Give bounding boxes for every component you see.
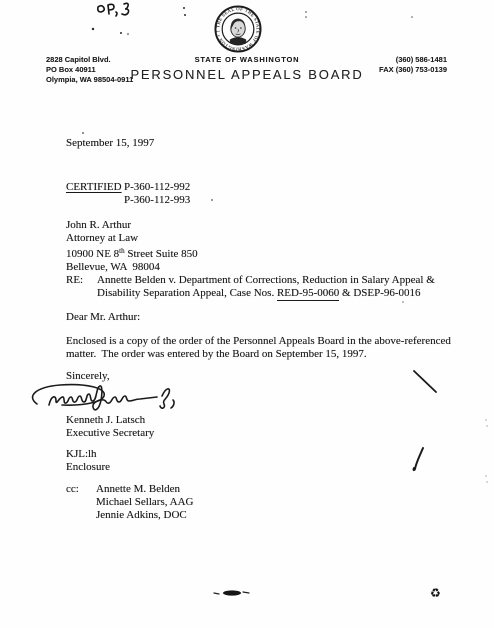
re-label: RE:: [66, 274, 97, 300]
cc-recipient: Jennie Adkins, DOC: [96, 509, 193, 522]
pen-mark-slash: [414, 448, 423, 470]
re-line2: Disability Separation Appeal, Case Nos. …: [97, 287, 435, 300]
cc-label: cc:: [66, 483, 96, 522]
closing: Sincerely,: [66, 370, 110, 383]
cc-recipient: Michael Sellars, AAG: [96, 496, 193, 509]
signer-block: Kenneth J. Latsch Executive Secretary: [66, 414, 154, 440]
washington-portrait: [230, 18, 246, 45]
cc-recipient: Annette M. Belden: [96, 483, 193, 496]
signer-title: Executive Secretary: [66, 427, 154, 440]
bottom-smudge: [214, 590, 249, 595]
certified-number: P-360-112-993: [124, 194, 190, 207]
recycle-icon: ♻: [430, 586, 441, 600]
re-block: RE: Annette Belden v. Department of Corr…: [66, 274, 435, 300]
body-paragraph: Enclosed is a copy of the order of the P…: [66, 335, 451, 361]
case-number-underlined: RED-95-0060: [277, 287, 339, 301]
certified-block: CERTIFIED P-360-112-992 P-360-112-993: [66, 181, 190, 207]
scanned-letter-page: 2828 Capitol Blvd. PO Box 40911 Olympia,…: [0, 0, 494, 628]
recipient-name: John R. Arthur: [66, 219, 198, 232]
recipient-address-block: John R. Arthur Attorney at Law 10900 NE …: [66, 219, 198, 274]
recipient-title: Attorney at Law: [66, 232, 198, 245]
cc-block: cc: Annette M. Belden Michael Sellars, A…: [66, 483, 193, 522]
certified-label: CERTIFIED: [66, 181, 124, 194]
handwritten-signature: [33, 385, 174, 410]
reference-initials: KJL:lh: [66, 448, 110, 461]
letterhead-phone: (360) 586-1481: [379, 55, 447, 65]
reference-block: KJL:lh Enclosure: [66, 448, 110, 474]
recipient-city: Bellevue, WA 98004: [66, 261, 198, 274]
recipient-street: 10900 NE 8th Street Suite 850: [66, 245, 198, 261]
scan-scribbles: [98, 3, 129, 16]
agency-name: PERSONNEL APPEALS BOARD: [107, 67, 387, 82]
date-line: September 15, 1997: [66, 137, 154, 150]
pen-mark-diagonal: [414, 371, 436, 392]
letterhead-title-block: STATE OF WASHINGTON PERSONNEL APPEALS BO…: [107, 55, 387, 82]
salutation: Dear Mr. Arthur:: [66, 311, 140, 324]
state-label: STATE OF WASHINGTON: [107, 55, 387, 64]
signer-name: Kenneth J. Latsch: [66, 414, 154, 427]
enclosure-note: Enclosure: [66, 461, 110, 474]
letterhead-fax: FAX (360) 753-0139: [379, 65, 447, 75]
washington-state-seal-icon: THE SEAL OF THE STATE OF WASHINGTON • 18…: [214, 5, 262, 53]
certified-number: P-360-112-992: [124, 181, 190, 194]
re-line1: Annette Belden v. Department of Correcti…: [97, 274, 435, 287]
letterhead-phone-block: (360) 586-1481 FAX (360) 753-0139: [379, 55, 447, 75]
